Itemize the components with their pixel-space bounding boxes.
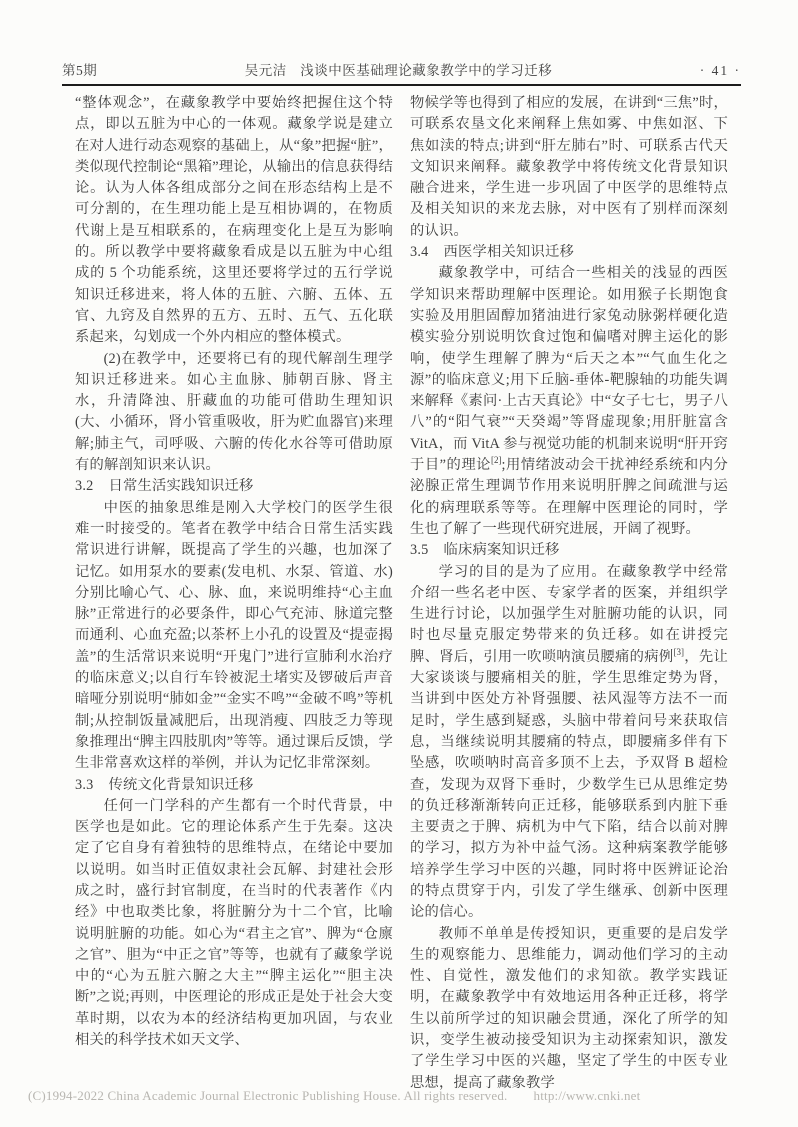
section-title: 临床病案知识迁移 (443, 542, 559, 558)
column-right: 物候学等也得到了相应的发展，在讲到“三焦”时，可联系农垦文化来阐释上焦如雾、中焦… (410, 93, 728, 1094)
section-heading: 3.4西医学相关知识迁移 (410, 242, 728, 263)
citation-superscript: [2] (491, 455, 502, 465)
paragraph: (2)在教学中，还要将已有的现代解剖生理学知识迁移进来。如心主血脉、肺朝百脉、肾… (75, 349, 393, 477)
column-left: “整体观念”，在藏象教学中要始终把握住这个特点，即以五脏为中心的一体观。藏象学说… (75, 93, 393, 1094)
paragraph: 藏象教学中，可结合一些相关的浅显的西医学知识来帮助理解中医理论。如用猴子长期饱食… (410, 263, 728, 540)
section-number: 3.4 (410, 244, 428, 260)
paragraph: 物候学等也得到了相应的发展，在讲到“三焦”时，可联系农垦文化来阐释上焦如雾、中焦… (410, 93, 728, 242)
section-number: 3.5 (410, 542, 428, 558)
paragraph: “整体观念”，在藏象教学中要始终把握住这个特点，即以五脏为中心的一体观。藏象学说… (75, 93, 393, 349)
running-title: 吴元洁浅谈中医基础理论藏象教学中的学习迁移 (97, 59, 700, 79)
section-title: 传统文化背景知识迁移 (108, 777, 253, 793)
section-number: 3.2 (75, 478, 93, 494)
journal-page: 第5期 吴元洁浅谈中医基础理论藏象教学中的学习迁移 · 41 · “整体观念”，… (0, 0, 798, 1127)
journal-issue: 第5期 (62, 59, 97, 79)
article-body: “整体观念”，在藏象教学中要始终把握住这个特点，即以五脏为中心的一体观。藏象学说… (62, 93, 741, 1094)
header-rule (62, 84, 741, 86)
paragraph: 学习的目的是为了应用。在藏象教学中经常介绍一些名老中医、专家学者的医案，并组织学… (410, 562, 728, 924)
section-title: 西医学相关知识迁移 (443, 244, 573, 260)
cnki-url: http://www.cnki.net (534, 1088, 641, 1103)
paragraph: 教师不单单是传授知识，更重要的是启发学生的观察能力、思维能力，调动他们学习的主动… (410, 924, 728, 1094)
page-number: · 41 · (700, 63, 741, 79)
section-title: 日常生活实践知识迁移 (108, 478, 253, 494)
running-title-text: 浅谈中医基础理论藏象教学中的学习迁移 (300, 63, 552, 78)
page-header: 第5期 吴元洁浅谈中医基础理论藏象教学中的学习迁移 · 41 · (62, 59, 741, 79)
section-heading: 3.3传统文化背景知识迁移 (75, 775, 393, 796)
page-footer: (C)1994-2022 China Academic Journal Elec… (28, 1088, 788, 1104)
section-heading: 3.5临床病案知识迁移 (410, 540, 728, 561)
paragraph: 任何一门学科的产生都有一个时代背景，中医学也是如此。它的理论体系产生于先秦。这决… (75, 796, 393, 1052)
citation-superscript: [3] (674, 647, 685, 657)
copyright-text: (C)1994-2022 China Academic Journal Elec… (28, 1088, 508, 1103)
section-heading: 3.2日常生活实践知识迁移 (75, 476, 393, 497)
paragraph: 中医的抽象思维是刚入大学校门的医学生很难一时接受的。笔者在教学中结合日常生活实践… (75, 498, 393, 775)
section-number: 3.3 (75, 777, 93, 793)
running-title-author: 吴元洁 (245, 63, 287, 78)
